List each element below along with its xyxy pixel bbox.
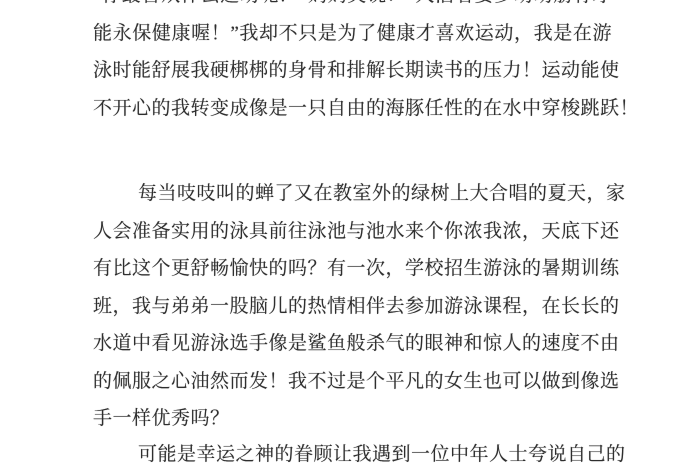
text-line: 泳时能舒展我硬梆梆的身骨和排解长期读书的压力！运动能使	[93, 52, 612, 90]
text-line: 人会准备实用的泳具前往泳池与池水来个你浓我浓，天底下还	[93, 213, 612, 251]
text-line: 可能是幸运之神的眷顾让我遇到一位中年人士夸说自己的	[93, 436, 612, 470]
text-line: 班，我与弟弟一股脑儿的热情相伴去参加游泳课程，在长长的	[93, 288, 612, 326]
text-line: 能永保健康喔！”我却不只是为了健康才喜欢运动，我是在游	[93, 15, 612, 53]
text-line: 手一样优秀吗？	[93, 400, 612, 438]
paragraph-2: 每当吱吱叫的蝉了又在教室外的绿树上大合唱的夏天，家 人会准备实用的泳具前往泳池与…	[93, 175, 612, 438]
paragraph-1: “你最喜欢什么运动呢？”妈妈笑说：“人活着要多动动筋骨才 能永保健康喔！”我却不…	[93, 0, 612, 127]
text-line: 每当吱吱叫的蝉了又在教室外的绿树上大合唱的夏天，家	[93, 175, 612, 213]
text-line: 有比这个更舒畅愉快的吗？有一次，学校招生游泳的暑期训练	[93, 250, 612, 288]
text-line: 水道中看见游泳选手像是鲨鱼般杀气的眼神和惊人的速度不由	[93, 325, 612, 363]
text-line-clipped: “你最喜欢什么运动呢？”妈妈笑说：“人活着要多动动筋骨才	[93, 0, 612, 15]
text-line: 的佩服之心油然而发！我不过是个平凡的女生也可以做到像选	[93, 363, 612, 401]
document-page: “你最喜欢什么运动呢？”妈妈笑说：“人活着要多动动筋骨才 能永保健康喔！”我却不…	[0, 0, 700, 470]
paragraph-3: 可能是幸运之神的眷顾让我遇到一位中年人士夸说自己的	[93, 436, 612, 470]
text-line: 不开心的我转变成像是一只自由的海豚任性的在水中穿梭跳跃！	[93, 90, 612, 128]
